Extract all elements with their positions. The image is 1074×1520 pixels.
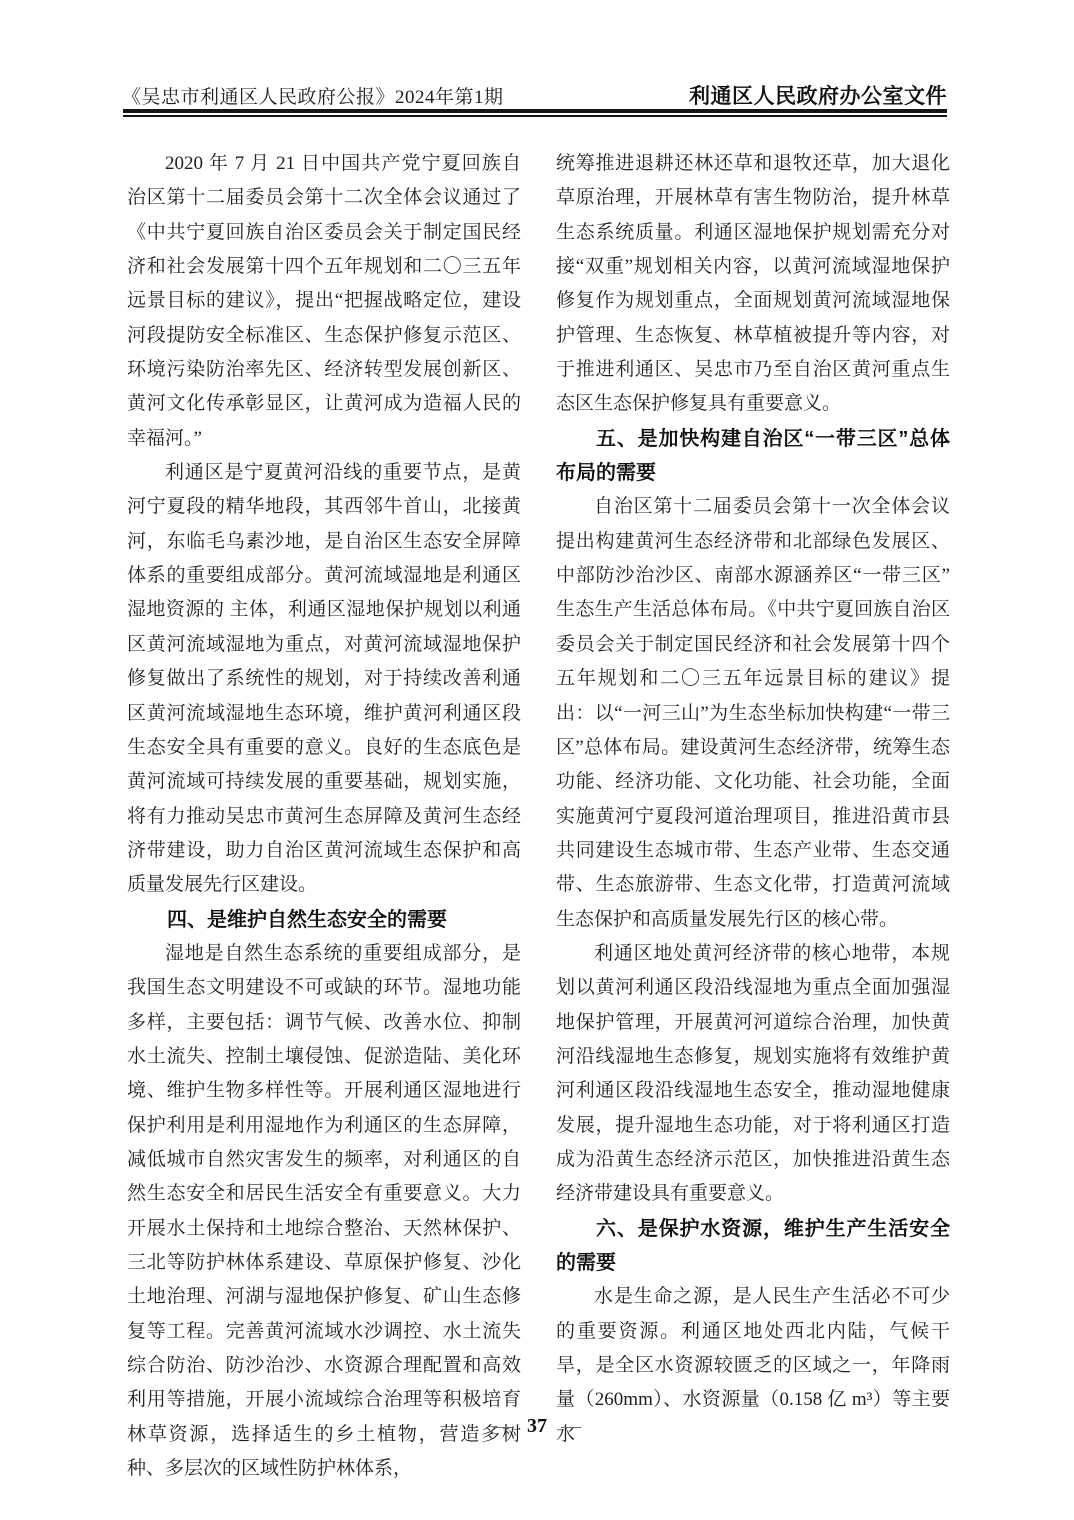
body-paragraph: 湿地是自然生态系统的重要组成部分，是我国生态文明建设不可或缺的环节。湿地功能多样…	[127, 937, 521, 1487]
body-paragraph: 自治区第十二届委员会第十一次全体会议提出构建黄河生态经济带和北部绿色发展区、中部…	[556, 490, 950, 936]
page-footer: —37—	[0, 1412, 1074, 1440]
body-paragraph: 利通区是宁夏黄河沿线的重要节点，是黄河宁夏段的精华地段，其西邻牛首山，北接黄河，…	[127, 456, 521, 902]
body-paragraph: 统筹推进退耕还林还草和退牧还草，加大退化草原治理，开展林草有害生物防治，提升林草…	[556, 147, 950, 422]
section-heading: 五、是加快构建自治区“一带三区”总体布局的需要	[556, 422, 950, 491]
footer-dash-right: —	[561, 1415, 581, 1437]
footer-dash-left: —	[493, 1415, 513, 1437]
page-number: 37	[527, 1415, 547, 1437]
header-doc-category: 利通区人民政府办公室文件	[689, 80, 947, 110]
body-paragraph: 2020 年 7 月 21 日中国共产党宁夏回族自治区第十二届委员会第十二次全体…	[127, 147, 521, 456]
text-column-right: 统筹推进退耕还林还草和退牧还草，加大退化草原治理，开展林草有害生物防治，提升林草…	[556, 147, 950, 1452]
body-paragraph: 利通区地处黄河经济带的核心地带，本规划以黄河利通区段沿线湿地为重点全面加强湿地保…	[556, 937, 950, 1212]
text-column-left: 2020 年 7 月 21 日中国共产党宁夏回族自治区第十二届委员会第十二次全体…	[127, 147, 521, 1486]
header-divider-thick-line	[123, 109, 947, 113]
section-heading: 四、是维护自然生态安全的需要	[127, 903, 521, 937]
header-divider	[123, 109, 947, 117]
gazette-page: 《吴忠市利通区人民政府公报》2024年第1期 利通区人民政府办公室文件 2020…	[0, 0, 1074, 1520]
header-divider-thin-line	[123, 115, 947, 117]
section-heading: 六、是保护水资源，维护生产生活安全的需要	[556, 1212, 950, 1281]
header-gazette-title: 《吴忠市利通区人民政府公报》2024年第1期	[122, 82, 504, 109]
